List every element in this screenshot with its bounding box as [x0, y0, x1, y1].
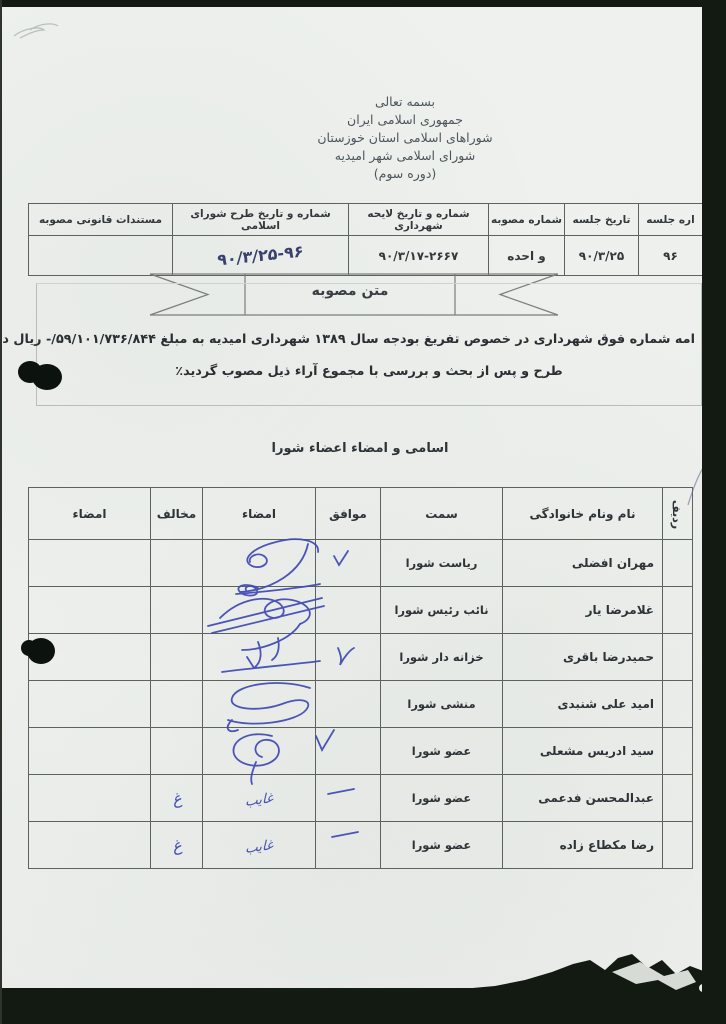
meta-header-bill: شماره و تاریخ لایحه شهرداری: [349, 204, 489, 236]
disagree-cell: غ: [151, 822, 203, 869]
member-row: عبدالمحسن فدعمی عضو شورا غایب غ: [29, 775, 693, 822]
member-row: امید علی شنبدی منشی شورا: [29, 681, 693, 728]
meta-table: اره جلسه تاریخ جلسه شماره مصوبه شماره و …: [28, 203, 703, 276]
meta-header-session-no: اره جلسه: [639, 204, 703, 236]
agree-cell: [316, 728, 381, 775]
member-name-cell: مهران افضلی: [503, 540, 663, 587]
scan-top-band: [0, 0, 726, 7]
handwritten-absent-note: غایب: [245, 836, 273, 856]
member-role-cell: عضو شورا: [381, 822, 503, 869]
header-disagree: مخالف: [151, 488, 203, 540]
letterhead-line-city-council: شورای اسلامی شهر امیدیه: [255, 147, 555, 165]
member-role-cell: عضو شورا: [381, 775, 503, 822]
member-name-cell: غلامرضا یار: [503, 587, 663, 634]
letterhead-line-term: (دوره سوم): [255, 165, 555, 183]
signature-cell: [203, 587, 316, 634]
signature2-cell: [29, 775, 151, 822]
agree-cell: [316, 775, 381, 822]
scanned-document-page: بسمه تعالی جمهوری اسلامی ایران شوراهای ا…: [0, 0, 726, 1024]
header-signature2: امضاء: [29, 488, 151, 540]
disagree-cell: [151, 681, 203, 728]
agree-cell: [316, 587, 381, 634]
agree-cell: [316, 681, 381, 728]
members-table: ردیف نام ونام خانوادگی سمت موافق امضاء م…: [28, 487, 693, 869]
disagree-cell: [151, 540, 203, 587]
section-title: اسامی و امضاء اعضاء شورا: [28, 441, 692, 456]
scan-left-edge: [0, 0, 2, 1024]
signature2-cell: [29, 728, 151, 775]
member-role-cell: عضو شورا: [381, 728, 503, 775]
member-row: غلامرضا یار نائب رئیس شورا: [29, 587, 693, 634]
index-cell: [663, 634, 693, 681]
member-name-cell: حمیدرضا باقری: [503, 634, 663, 681]
member-row: مهران افضلی ریاست شورا: [29, 540, 693, 587]
signature-cell: [203, 634, 316, 681]
index-cell: [663, 728, 693, 775]
meta-value-bill: ۹۰/۳/۱۷-۲۶۶۷: [349, 236, 489, 276]
resolution-line-1: امه شماره فوق شهرداری در خصوص تفریغ بودج…: [43, 332, 695, 347]
member-row: سید ادریس مشعلی عضو شورا: [29, 728, 693, 775]
member-row: حمیدرضا باقری خزانه دار شورا: [29, 634, 693, 681]
signature-cell: غایب: [203, 775, 316, 822]
member-role-cell: نائب رئیس شورا: [381, 587, 503, 634]
index-cell: [663, 681, 693, 728]
handwritten-plan-number: ۹۰/۳/۲۵-۹۶: [217, 241, 303, 269]
meta-value-plan: ۹۰/۳/۲۵-۹۶: [173, 236, 349, 276]
meta-value-resolution-no: و احده: [489, 236, 565, 276]
member-name-cell: رضا مکطاع زاده: [503, 822, 663, 869]
meta-header-legal-refs: مستندات قانونی مصوبه: [29, 204, 173, 236]
signature-cell: [203, 540, 316, 587]
letterhead-line-province-councils: شوراهای اسلامی استان خوزستان: [255, 129, 555, 147]
member-role-cell: خزانه دار شورا: [381, 634, 503, 681]
meta-value-session-date: ۹۰/۳/۲۵: [565, 236, 639, 276]
signature2-cell: [29, 587, 151, 634]
meta-header-plan: شماره و تاریخ طرح شورای اسلامی: [173, 204, 349, 236]
members-header-row: ردیف نام ونام خانوادگی سمت موافق امضاء م…: [29, 488, 693, 540]
signature-cell: [203, 728, 316, 775]
agree-cell: [316, 540, 381, 587]
letterhead: بسمه تعالی جمهوری اسلامی ایران شوراهای ا…: [255, 93, 555, 183]
member-role-cell: منشی شورا: [381, 681, 503, 728]
index-cell: [663, 540, 693, 587]
member-name-cell: سید ادریس مشعلی: [503, 728, 663, 775]
agree-cell: [316, 634, 381, 681]
scan-right-band: [702, 0, 726, 1024]
handwritten-absent-initial: غ: [170, 835, 183, 856]
meta-value-session-no: ۹۶: [639, 236, 703, 276]
signature2-cell: [29, 681, 151, 728]
index-cell: [663, 822, 693, 869]
meta-header-session-date: تاریخ جلسه: [565, 204, 639, 236]
index-cell: [663, 775, 693, 822]
disagree-cell: غ: [151, 775, 203, 822]
meta-header-row: اره جلسه تاریخ جلسه شماره مصوبه شماره و …: [29, 204, 703, 236]
header-name: نام ونام خانوادگی: [503, 488, 663, 540]
signature-cell: [203, 681, 316, 728]
handwritten-absent-note: غایب: [245, 789, 273, 809]
agree-cell: [316, 822, 381, 869]
member-row: رضا مکطاع زاده عضو شورا غایب غ: [29, 822, 693, 869]
disagree-cell: [151, 587, 203, 634]
meta-value-legal-refs: [29, 236, 173, 276]
signature-cell: غایب: [203, 822, 316, 869]
member-name-cell: عبدالمحسن فدعمی: [503, 775, 663, 822]
letterhead-line-republic: جمهوری اسلامی ایران: [255, 111, 555, 129]
handwritten-absent-initial: غ: [170, 788, 183, 809]
header-signature: امضاء: [203, 488, 316, 540]
meta-header-resolution-no: شماره مصوبه: [489, 204, 565, 236]
member-name-cell: امید علی شنبدی: [503, 681, 663, 728]
resolution-line-2: طرح و پس از بحث و بررسی با مجموع آراء ذی…: [43, 364, 695, 379]
bill-number: ۹۰/۳/۱۷-۲۶۶۷: [379, 249, 459, 263]
index-cell: [663, 587, 693, 634]
header-index-label: ردیف: [670, 499, 683, 528]
header-agree: موافق: [316, 488, 381, 540]
letterhead-line-basmala: بسمه تعالی: [255, 93, 555, 111]
resolution-box: امه شماره فوق شهرداری در خصوص تفریغ بودج…: [36, 283, 702, 406]
signature2-cell: [29, 634, 151, 681]
signature2-cell: [29, 540, 151, 587]
disagree-cell: [151, 634, 203, 681]
disagree-cell: [151, 728, 203, 775]
signature2-cell: [29, 822, 151, 869]
header-role: سمت: [381, 488, 503, 540]
header-index: ردیف: [663, 488, 693, 540]
member-role-cell: ریاست شورا: [381, 540, 503, 587]
meta-value-row: ۹۶ ۹۰/۳/۲۵ و احده ۹۰/۳/۱۷-۲۶۶۷ ۹۰/۳/۲۵-۹…: [29, 236, 703, 276]
